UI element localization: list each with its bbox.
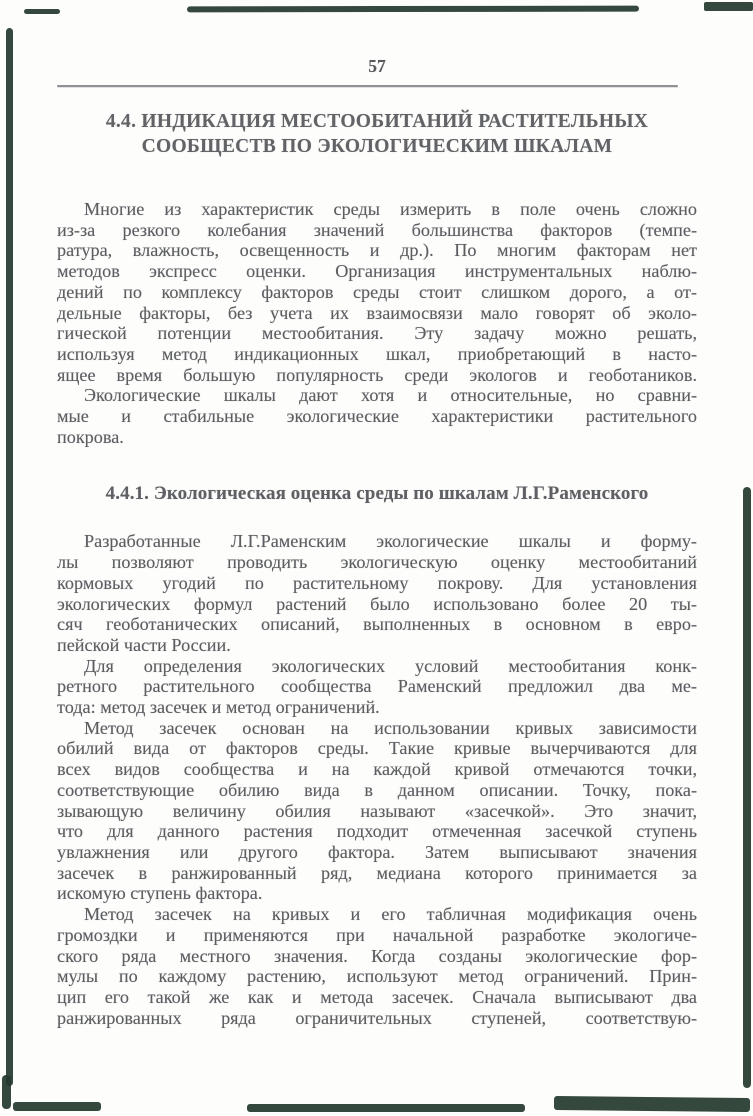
text-line: используя метод индикационных шкал, прио…: [57, 344, 697, 365]
text-line: ретного растительного сообщества Раменск…: [57, 676, 697, 697]
scan-edge-artifact-bottom-right: [554, 1096, 750, 1112]
text-line: Экологические шкалы дают хотя и относите…: [57, 385, 697, 406]
scan-edge-artifact-top-right: [704, 2, 753, 11]
text-line: дельные факторы, без учета их взаимосвяз…: [57, 303, 697, 324]
text-line: искомую ступень фактора.: [57, 883, 697, 904]
section-heading-line-2: СООБЩЕСТВ ПО ЭКОЛОГИЧЕСКИМ ШКАЛАМ: [57, 134, 697, 159]
page-number: 57: [57, 56, 697, 77]
text-line: всех видов сообщества и на каждой кривой…: [57, 759, 697, 780]
text-line: засечек в ранжированный ряд, медиана кот…: [57, 863, 697, 884]
text-line: Метод засечек на кривых и его табличная …: [57, 904, 697, 925]
paragraph: Метод засечек основан на использовании к…: [57, 718, 697, 904]
subsection-heading: 4.4.1. Экологическая оценка среды по шка…: [57, 482, 697, 505]
text-line: обилий вида от факторов среды. Такие кри…: [57, 738, 697, 759]
scan-edge-artifact-corner-bl: [2, 1075, 11, 1109]
text-line: пейской части России.: [57, 635, 697, 656]
scan-edge-artifact-bottom-left: [13, 1102, 101, 1111]
text-line: лы позволяют проводить экологическую оце…: [57, 552, 697, 573]
text-line: мулы по каждому растению, используют мет…: [57, 966, 697, 987]
paragraph: Для определения экологических условий ме…: [57, 656, 697, 718]
text-line: ранжированных ряда ограничительных ступе…: [57, 1008, 697, 1029]
text-line: мые и стабильные экологические характери…: [57, 406, 697, 427]
scan-edge-artifact-bottom-mid: [247, 1104, 525, 1112]
text-line: Метод засечек основан на использовании к…: [57, 718, 697, 739]
text-line: дений по комплексу факторов среды стоит …: [57, 282, 697, 303]
text-line: кормовых угодий по растительному покрову…: [57, 573, 697, 594]
paragraph: Многие из характеристик среды измерить в…: [57, 199, 697, 385]
section-heading: 4.4. ИНДИКАЦИЯ МЕСТООБИТАНИЙ РАСТИТЕЛЬНЫ…: [57, 109, 697, 159]
text-line: зывающую величину обилия называют «засеч…: [57, 801, 697, 822]
text-line: увлажнения или другого фактора. Затем вы…: [57, 842, 697, 863]
scan-edge-artifact-top-left: [24, 9, 60, 14]
text-line: соответствующие обилию вида в данном опи…: [57, 780, 697, 801]
text-line: покрова.: [57, 427, 697, 448]
paragraph: Экологические шкалы дают хотя и относите…: [57, 385, 697, 447]
text-line: экологических формул растений было испол…: [57, 594, 697, 615]
text-line: сяч геоботанических описаний, выполненны…: [57, 614, 697, 635]
text-line: Для определения экологических условий ме…: [57, 656, 697, 677]
text-line: Многие из характеристик среды измерить в…: [57, 199, 697, 220]
text-line: что для данного растения подходит отмече…: [57, 821, 697, 842]
text-line: цип его такой же как и метода засечек. С…: [57, 987, 697, 1008]
text-line: тода: метод засечек и метод ограничений.: [57, 697, 697, 718]
content-column: 57 4.4. ИНДИКАЦИЯ МЕСТООБИТАНИЙ РАСТИТЕЛ…: [57, 0, 697, 1028]
text-line: методов экспресс оценки. Организация инс…: [57, 261, 697, 282]
text-line: Разработанные Л.Г.Раменским экологически…: [57, 531, 697, 552]
paragraph: Метод засечек на кривых и его табличная …: [57, 904, 697, 1028]
scan-edge-artifact-left: [6, 28, 13, 1086]
text-line: ящее время большую популярность среди эк…: [57, 365, 697, 386]
text-line: гической потенции местообитания. Эту зад…: [57, 323, 697, 344]
text-line: громоздки и применяются при начальной ра…: [57, 925, 697, 946]
scanned-book-page: 57 4.4. ИНДИКАЦИЯ МЕСТООБИТАНИЙ РАСТИТЕЛ…: [0, 0, 753, 1116]
header-rule: [57, 85, 678, 87]
text-line: ратура, влажность, освещенность и др.). …: [57, 240, 697, 261]
scan-edge-artifact-top: [187, 6, 639, 13]
text-line: из-за резкого колебания значений большин…: [57, 220, 697, 241]
paragraph: Разработанные Л.Г.Раменским экологически…: [57, 531, 697, 655]
section-heading-line-1: 4.4. ИНДИКАЦИЯ МЕСТООБИТАНИЙ РАСТИТЕЛЬНЫ…: [57, 109, 697, 134]
scan-edge-artifact-right: [743, 487, 751, 1088]
text-line: ского ряда местного значения. Когда созд…: [57, 946, 697, 967]
